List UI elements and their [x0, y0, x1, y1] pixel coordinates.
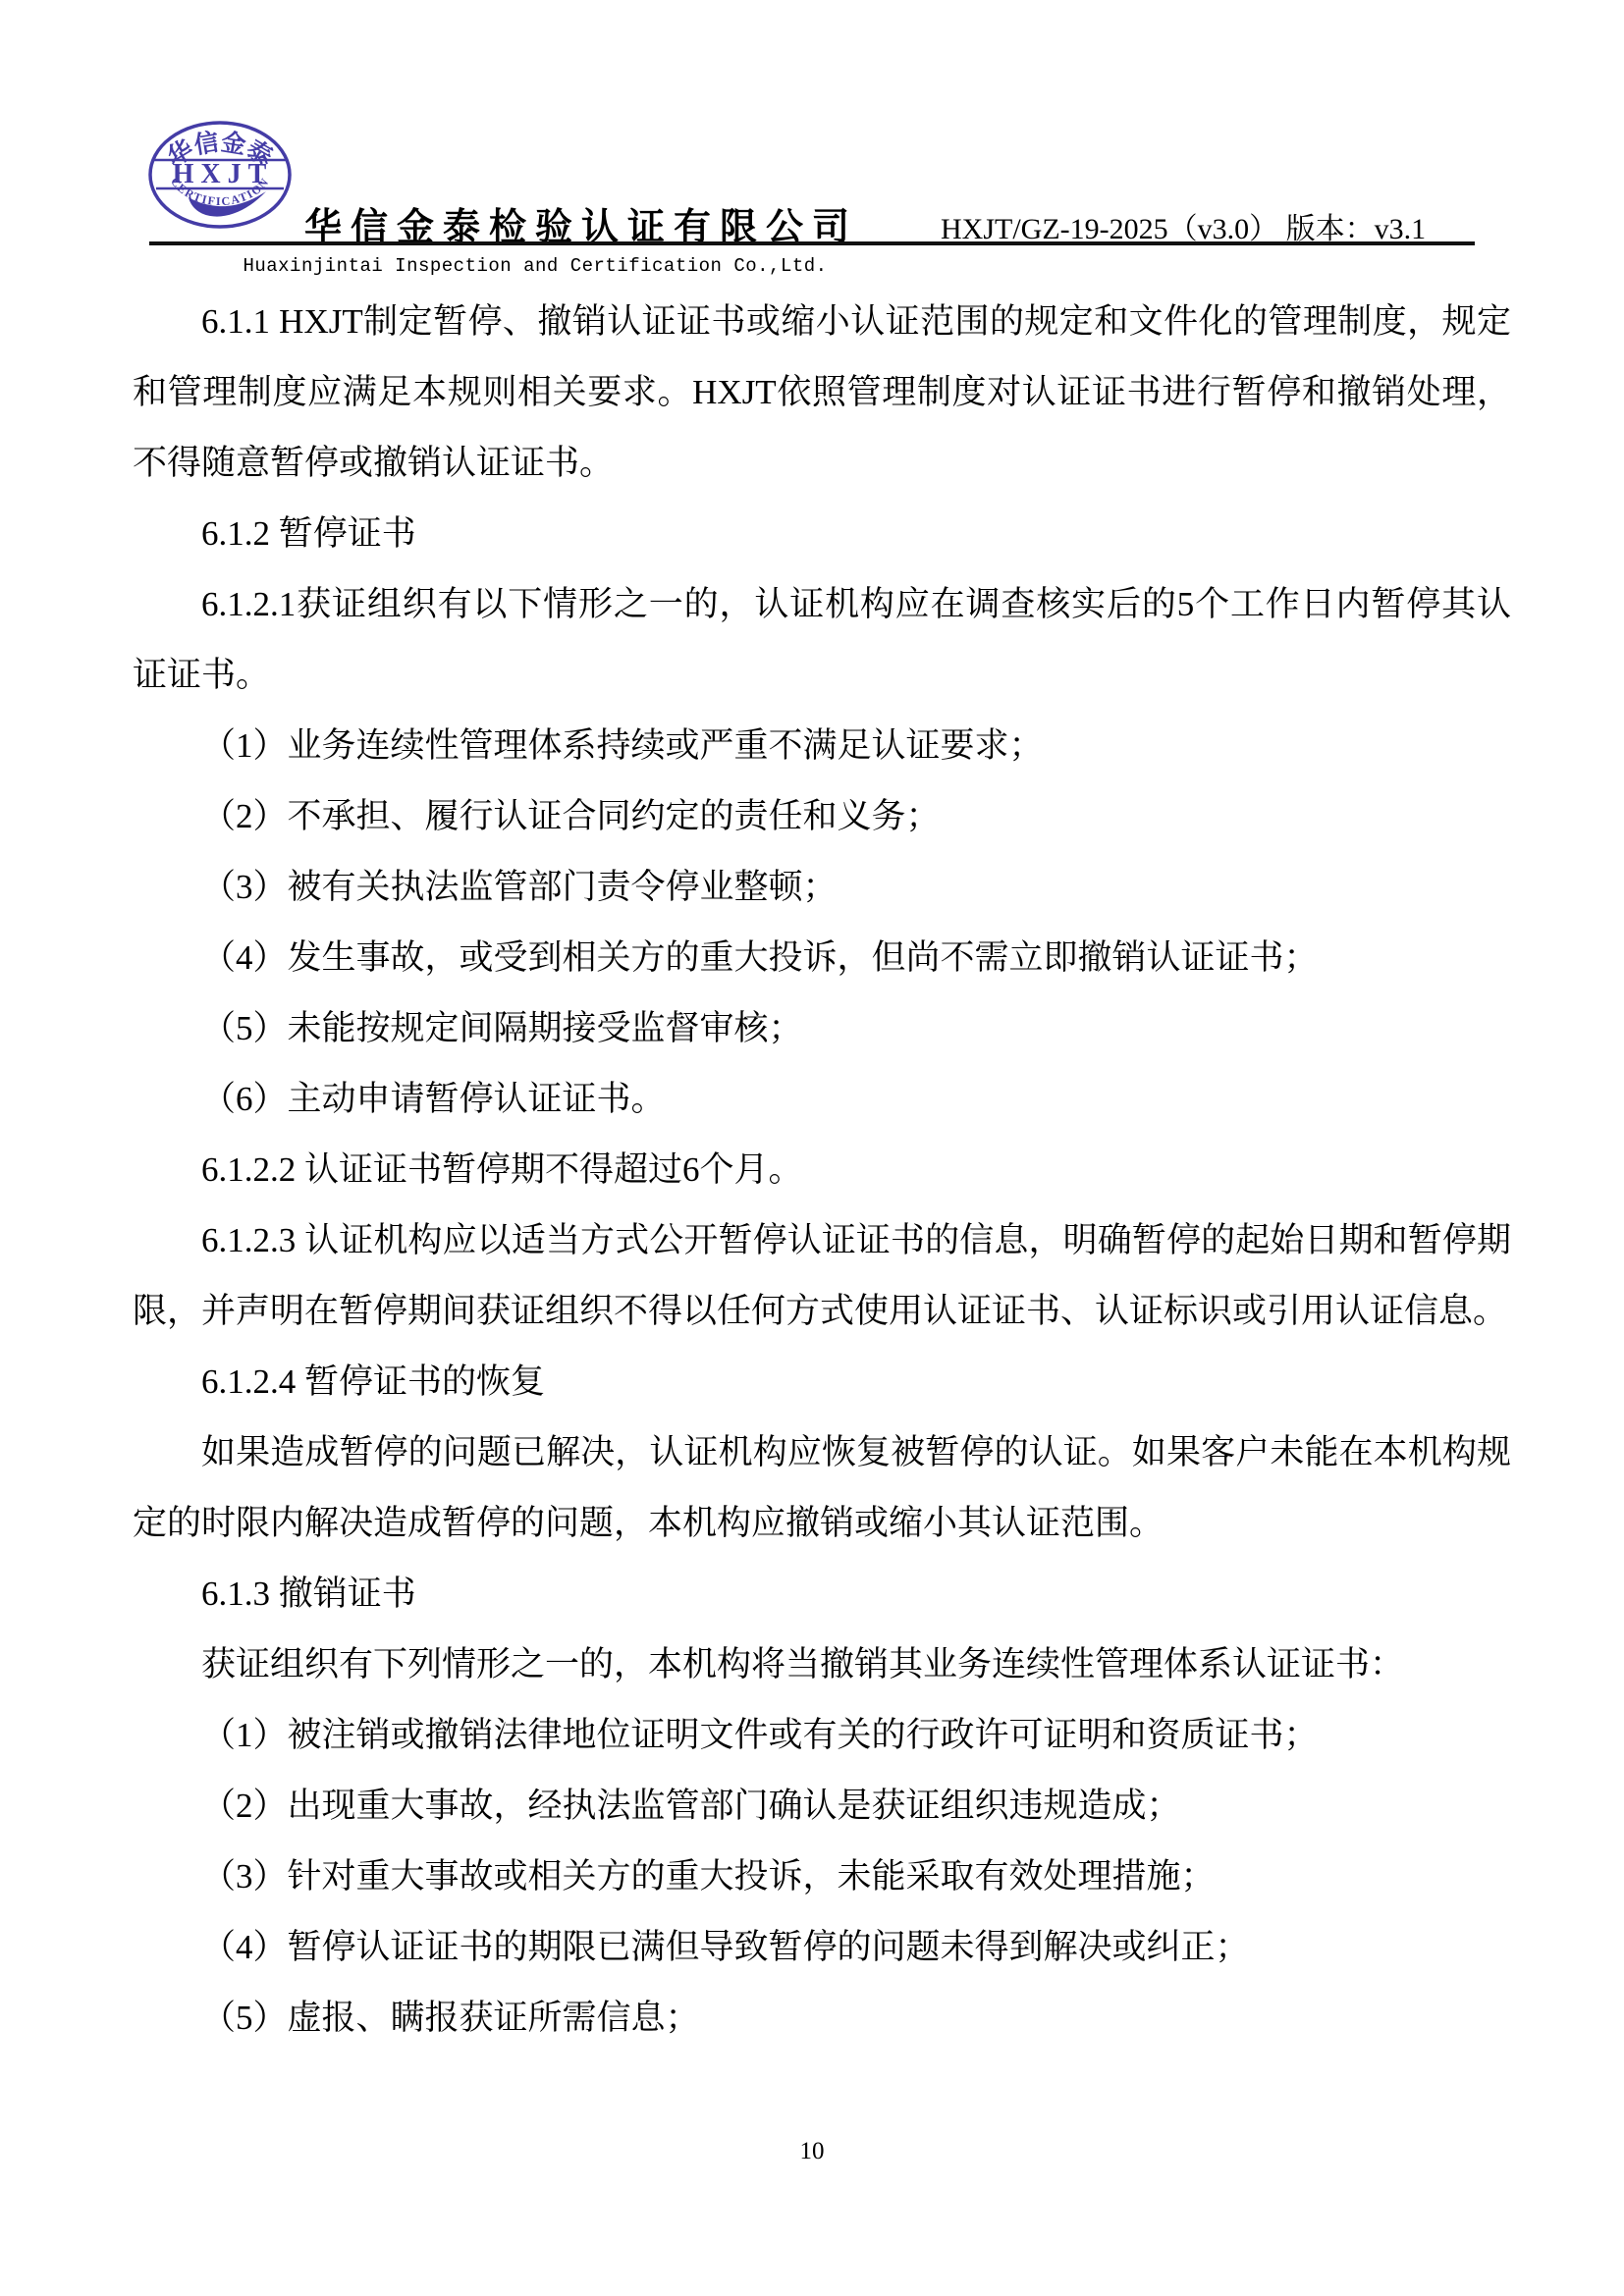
paragraph: （4）暂停认证证书的期限已满但导致暂停的问题未得到解决或纠正； — [133, 1912, 1511, 1983]
paragraph: 6.1.2.3 认证机构应以适当方式公开暂停认证证书的信息，明确暂停的起始日期和… — [133, 1205, 1511, 1347]
paragraph: 6.1.3 撤销证书 — [133, 1559, 1511, 1629]
paragraph: （5）虚报、瞒报获证所需信息； — [133, 1983, 1511, 2054]
paragraph: 获证组织有下列情形之一的，本机构将当撤销其业务连续性管理体系认证证书： — [133, 1629, 1511, 1700]
paragraph: （4）发生事故，或受到相关方的重大投诉，但尚不需立即撤销认证证书； — [133, 923, 1511, 993]
paragraph: 6.1.1 HXJT制定暂停、撤销认证证书或缩小认证范围的规定和文件化的管理制度… — [133, 287, 1511, 499]
paragraph: （1）业务连续性管理体系持续或严重不满足认证要求； — [133, 711, 1511, 781]
paragraph: 6.1.2.4 暂停证书的恢复 — [133, 1347, 1511, 1417]
paragraph: 如果造成暂停的问题已解决，认证机构应恢复被暂停的认证。如果客户未能在本机构规定的… — [133, 1417, 1511, 1559]
header-divider-line — [149, 241, 1475, 245]
paragraph: （2）出现重大事故，经执法监管部门确认是获证组织违规造成； — [133, 1771, 1511, 1842]
paragraph: （5）未能按规定间隔期接受监督审核； — [133, 993, 1511, 1064]
document-body: 6.1.1 HXJT制定暂停、撤销认证证书或缩小认证范围的规定和文件化的管理制度… — [133, 287, 1511, 2054]
paragraph: （3）被有关执法监管部门责令停业整顿； — [133, 852, 1511, 923]
paragraph: （6）主动申请暂停认证证书。 — [133, 1064, 1511, 1135]
company-seal-logo: 华信金泰 HXJT CERTIFICATION — [147, 120, 293, 230]
paragraph: 6.1.2.1获证组织有以下情形之一的，认证机构应在调查核实后的5个工作日内暂停… — [133, 569, 1511, 711]
paragraph: 6.1.2 暂停证书 — [133, 499, 1511, 569]
paragraph: （1）被注销或撤销法律地位证明文件或有关的行政许可证明和资质证书； — [133, 1700, 1511, 1771]
document-page: 华信金泰 HXJT CERTIFICATION 华信金泰检验认证有限公司 HXJ… — [0, 0, 1624, 2296]
seal-graphic: 华信金泰 HXJT CERTIFICATION — [147, 120, 293, 230]
paragraph: 6.1.2.2 认证证书暂停期不得超过6个月。 — [133, 1135, 1511, 1205]
company-name-english: Huaxinjintai Inspection and Certificatio… — [118, 255, 952, 277]
paragraph: （3）针对重大事故或相关方的重大投诉，未能采取有效处理措施； — [133, 1842, 1511, 1912]
page-number: 10 — [0, 2138, 1624, 2165]
paragraph: （2）不承担、履行认证合同约定的责任和义务； — [133, 781, 1511, 852]
